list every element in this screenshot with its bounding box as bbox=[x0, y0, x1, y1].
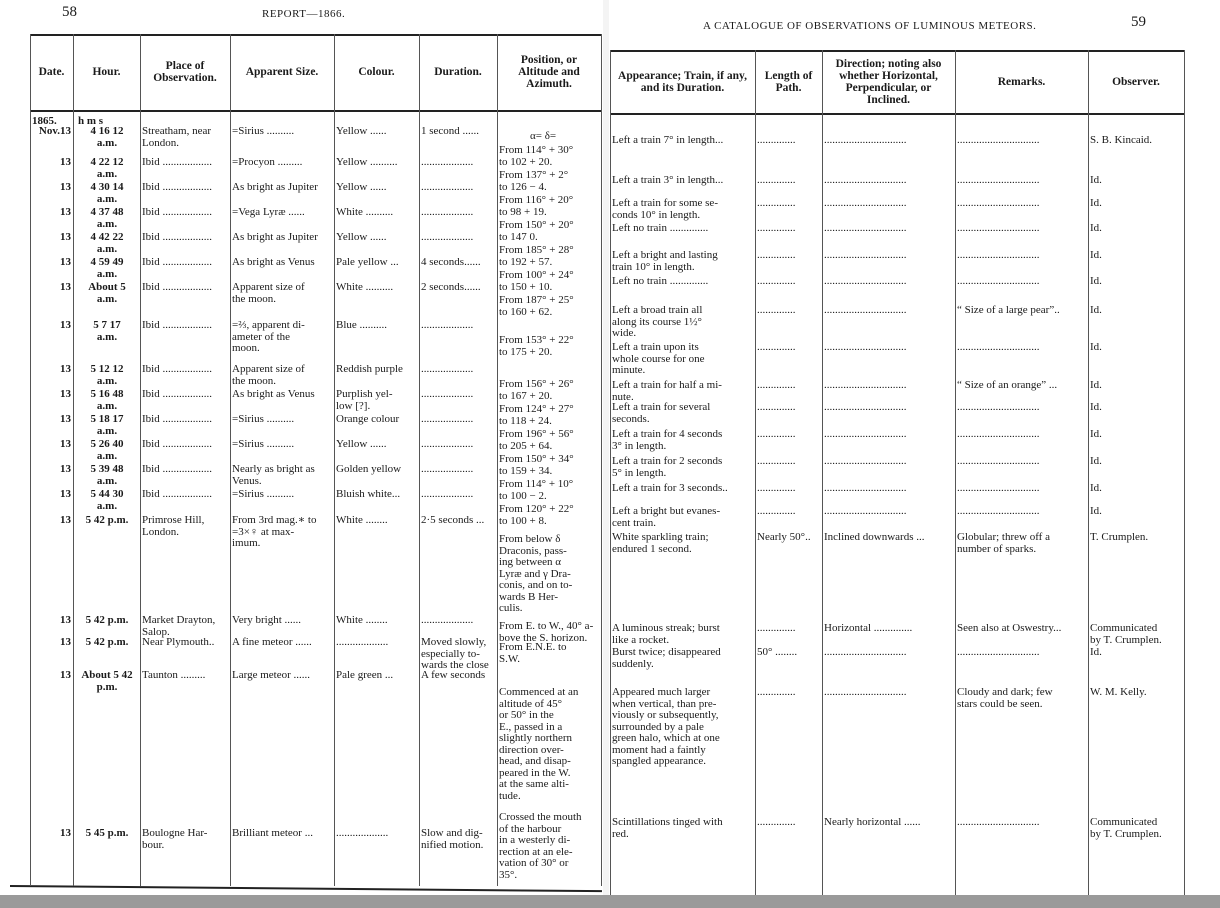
right-running-head: A CATALOGUE OF OBSERVATIONS OF LUMINOUS … bbox=[703, 20, 1036, 32]
cell-observer: Communicated by T. Crumplen. bbox=[1090, 623, 1184, 646]
cell-duration: ................... bbox=[421, 320, 497, 332]
cell-size: As bright as Jupiter bbox=[232, 182, 334, 194]
header-duration: Duration. bbox=[419, 36, 497, 108]
cell-direction: .............................. bbox=[824, 687, 954, 699]
cell-length: .............. bbox=[757, 506, 821, 518]
header-colour: Colour. bbox=[334, 36, 419, 108]
left-page-number: 58 bbox=[62, 4, 77, 21]
right-page-number: 59 bbox=[1131, 14, 1146, 31]
cell-place: Taunton ......... bbox=[142, 670, 229, 682]
cell-date: 13 bbox=[31, 232, 71, 244]
cell-appearance: Burst twice; disappeared suddenly. bbox=[612, 647, 754, 670]
cell-date: 13 bbox=[31, 464, 71, 476]
col-rule bbox=[419, 34, 420, 886]
cell-observer: Id. bbox=[1090, 402, 1184, 414]
cell-observer: Id. bbox=[1090, 276, 1184, 288]
cell-observer: Id. bbox=[1090, 250, 1184, 262]
cell-observer: Id. bbox=[1090, 342, 1184, 354]
cell-length: .............. bbox=[757, 380, 821, 392]
cell-remarks: .............................. bbox=[957, 250, 1087, 262]
cell-place: Ibid .................. bbox=[142, 389, 229, 401]
cell-date: 13 bbox=[31, 670, 71, 682]
cell-remarks: Cloudy and dark; few stars could be seen… bbox=[957, 687, 1087, 710]
cell-duration: 2·5 seconds ... bbox=[421, 515, 497, 527]
cell-hour: 4 30 14 a.m. bbox=[74, 182, 140, 205]
cell-date: 13 bbox=[31, 182, 71, 194]
cell-position: From 137° + 2° to 126 − 4. bbox=[499, 170, 599, 193]
cell-appearance: Left a train 3° in length... bbox=[612, 175, 754, 187]
cell-hour: 4 22 12 a.m. bbox=[74, 157, 140, 180]
cell-length: .............. bbox=[757, 402, 821, 414]
cell-duration: ................... bbox=[421, 207, 497, 219]
cell-direction: .............................. bbox=[824, 380, 954, 392]
header-remarks: Remarks. bbox=[955, 52, 1088, 112]
cell-observer: Id. bbox=[1090, 175, 1184, 187]
cell-appearance: Left no train .............. bbox=[612, 276, 754, 288]
cell-appearance: Left a train for several seconds. bbox=[612, 402, 754, 425]
cell-observer: W. M. Kelly. bbox=[1090, 687, 1184, 699]
cell-place: Ibid .................. bbox=[142, 439, 229, 451]
cell-position: From 150° + 34° to 159 + 34. bbox=[499, 454, 599, 477]
cell-length: .............. bbox=[757, 305, 821, 317]
cell-position: From 114° + 30° to 102 + 20. bbox=[499, 145, 599, 168]
cell-appearance: Left a broad train all along its course … bbox=[612, 305, 754, 340]
cell-colour: ................... bbox=[336, 828, 419, 840]
cell-position: Commenced at an altitude of 45° or 50° i… bbox=[499, 687, 599, 802]
header-hour: Hour. bbox=[73, 36, 140, 108]
cell-direction: .............................. bbox=[824, 223, 954, 235]
col-rule bbox=[1184, 50, 1185, 895]
header-length: Length of Path. bbox=[755, 52, 822, 112]
cell-remarks: .............................. bbox=[957, 483, 1087, 495]
cell-colour: Golden yellow bbox=[336, 464, 419, 476]
col-rule bbox=[610, 50, 611, 895]
cell-size: From 3rd mag.∗ to =3×♀ at max- imum. bbox=[232, 515, 334, 550]
cell-remarks: .............................. bbox=[957, 135, 1087, 147]
cell-direction: .............................. bbox=[824, 276, 954, 288]
cell-date: 13 bbox=[31, 207, 71, 219]
cell-colour: Pale green ... bbox=[336, 670, 419, 682]
cell-colour: Yellow ...... bbox=[336, 182, 419, 194]
cell-size: =Sirius .......... bbox=[232, 126, 334, 138]
cell-date: 13 bbox=[31, 157, 71, 169]
cell-position: From 124° + 27° to 118 + 24. bbox=[499, 404, 599, 427]
cell-direction: .............................. bbox=[824, 198, 954, 210]
cell-size: Large meteor ...... bbox=[232, 670, 334, 682]
cell-length: .............. bbox=[757, 429, 821, 441]
cell-remarks: .............................. bbox=[957, 342, 1087, 354]
header-position: Position, or Altitude and Azimuth. bbox=[497, 36, 601, 108]
cell-colour: White .......... bbox=[336, 282, 419, 294]
cell-remarks: .............................. bbox=[957, 276, 1087, 288]
cell-remarks: Globular; threw off a number of sparks. bbox=[957, 532, 1087, 555]
col-rule bbox=[497, 34, 498, 886]
cell-appearance: Appeared much larger when vertical, than… bbox=[612, 687, 754, 768]
left-header-rule bbox=[30, 110, 602, 112]
cell-duration: 2 seconds...... bbox=[421, 282, 497, 294]
cell-place: Primrose Hill, London. bbox=[142, 515, 229, 538]
cell-size: A fine meteor ...... bbox=[232, 637, 334, 649]
cell-hour: 5 42 p.m. bbox=[74, 515, 140, 527]
header-observer: Observer. bbox=[1088, 52, 1184, 112]
cell-place: Ibid .................. bbox=[142, 282, 229, 294]
cell-hour: 5 16 48 a.m. bbox=[74, 389, 140, 412]
cell-appearance: Left a train for 3 seconds.. bbox=[612, 483, 754, 495]
page-gutter bbox=[603, 0, 609, 895]
cell-date: 13 bbox=[31, 364, 71, 376]
cell-length: .............. bbox=[757, 456, 821, 468]
cell-size: Apparent size of the moon. bbox=[232, 364, 334, 387]
cell-position: From 114° + 10° to 100 − 2. bbox=[499, 479, 599, 502]
cell-duration: Slow and dig- nified motion. bbox=[421, 828, 497, 851]
cell-size: =Sirius .......... bbox=[232, 414, 334, 426]
cell-direction: .............................. bbox=[824, 506, 954, 518]
cell-duration: ................... bbox=[421, 414, 497, 426]
cell-direction: .............................. bbox=[824, 402, 954, 414]
header-place: Place of Observation. bbox=[140, 36, 230, 108]
col-rule bbox=[334, 34, 335, 886]
cell-date: Nov.13 bbox=[31, 126, 71, 138]
col-rule bbox=[140, 34, 141, 886]
cell-date: 13 bbox=[31, 320, 71, 332]
col-rule bbox=[1088, 50, 1089, 895]
cell-duration: Moved slowly, especially to- wards the c… bbox=[421, 637, 497, 672]
cell-observer: Id. bbox=[1090, 198, 1184, 210]
cell-observer: Id. bbox=[1090, 429, 1184, 441]
cell-remarks: .............................. bbox=[957, 223, 1087, 235]
cell-duration: 1 second ...... bbox=[421, 126, 497, 138]
cell-hour: 5 42 p.m. bbox=[74, 637, 140, 649]
cell-colour: White .......... bbox=[336, 207, 419, 219]
cell-place: Market Drayton, Salop. bbox=[142, 615, 229, 638]
cell-place: Boulogne Har- bour. bbox=[142, 828, 229, 851]
cell-place: Ibid .................. bbox=[142, 232, 229, 244]
cell-size: =Sirius .......... bbox=[232, 439, 334, 451]
cell-size: As bright as Venus bbox=[232, 257, 334, 269]
cell-length: .............. bbox=[757, 623, 821, 635]
cell-length: .............. bbox=[757, 135, 821, 147]
cell-direction: .............................. bbox=[824, 135, 954, 147]
cell-colour: Bluish white... bbox=[336, 489, 419, 501]
cell-colour: ................... bbox=[336, 637, 419, 649]
cell-duration: ................... bbox=[421, 232, 497, 244]
cell-length: .............. bbox=[757, 198, 821, 210]
cell-hour: 4 59 49 a.m. bbox=[74, 257, 140, 280]
cell-direction: Horizontal .............. bbox=[824, 623, 954, 635]
cell-appearance: Left a train upon its whole course for o… bbox=[612, 342, 754, 377]
cell-colour: White ........ bbox=[336, 615, 419, 627]
header-size: Apparent Size. bbox=[230, 36, 334, 108]
cell-colour: Yellow .......... bbox=[336, 157, 419, 169]
cell-position: From 156° + 26° to 167 + 20. bbox=[499, 379, 599, 402]
cell-duration: ................... bbox=[421, 182, 497, 194]
cell-colour: Blue .......... bbox=[336, 320, 419, 332]
cell-size: Brilliant meteor ... bbox=[232, 828, 334, 840]
cell-date: 13 bbox=[31, 615, 71, 627]
cell-date: 13 bbox=[31, 257, 71, 269]
cell-place: Ibid .................. bbox=[142, 257, 229, 269]
cell-length: Nearly 50°.. bbox=[757, 532, 821, 544]
cell-direction: Nearly horizontal ...... bbox=[824, 817, 954, 829]
cell-direction: .............................. bbox=[824, 250, 954, 262]
cell-position: From 196° + 56° to 205 + 64. bbox=[499, 429, 599, 452]
cell-direction: .............................. bbox=[824, 456, 954, 468]
cell-remarks: .............................. bbox=[957, 429, 1087, 441]
cell-hour: 5 42 p.m. bbox=[74, 615, 140, 627]
cell-appearance: Scintillations tinged with red. bbox=[612, 817, 754, 840]
cell-remarks: “ Size of an orange” ... bbox=[957, 380, 1087, 392]
cell-direction: .............................. bbox=[824, 305, 954, 317]
cell-observer: Communicated by T. Crumplen. bbox=[1090, 817, 1184, 840]
cell-duration: ................... bbox=[421, 389, 497, 401]
cell-remarks: Seen also at Oswestry... bbox=[957, 623, 1087, 635]
cell-duration: ................... bbox=[421, 157, 497, 169]
cell-place: Ibid .................. bbox=[142, 207, 229, 219]
cell-appearance: Left a bright but evanes- cent train. bbox=[612, 506, 754, 529]
cell-hour: About 5 a.m. bbox=[74, 282, 140, 305]
cell-date: 13 bbox=[31, 389, 71, 401]
cell-observer: Id. bbox=[1090, 483, 1184, 495]
left-table-bottom-rule bbox=[10, 885, 602, 892]
cell-appearance: Left a train 7° in length... bbox=[612, 135, 754, 147]
cell-place: Ibid .................. bbox=[142, 182, 229, 194]
cell-hour: 4 42 22 a.m. bbox=[74, 232, 140, 255]
cell-length: .............. bbox=[757, 342, 821, 354]
cell-observer: T. Crumplen. bbox=[1090, 532, 1184, 544]
header-direction: Direction; noting also whether Horizonta… bbox=[822, 52, 955, 112]
col-rule bbox=[955, 50, 956, 895]
cell-size: =Sirius .......... bbox=[232, 489, 334, 501]
cell-size: =⅔, apparent di- ameter of the moon. bbox=[232, 320, 334, 355]
header-date: Date. bbox=[30, 36, 73, 108]
cell-hour: 5 26 40 a.m. bbox=[74, 439, 140, 462]
cell-remarks: .............................. bbox=[957, 175, 1087, 187]
cell-date: 13 bbox=[31, 282, 71, 294]
right-header-rule bbox=[610, 113, 1184, 115]
cell-colour: Yellow ...... bbox=[336, 126, 419, 138]
cell-size: =Vega Lyræ ...... bbox=[232, 207, 334, 219]
cell-colour: Yellow ...... bbox=[336, 232, 419, 244]
cell-observer: Id. bbox=[1090, 380, 1184, 392]
cell-length: .............. bbox=[757, 483, 821, 495]
cell-position: From 153° + 22° to 175 + 20. bbox=[499, 335, 599, 358]
cell-size: As bright as Jupiter bbox=[232, 232, 334, 244]
cell-duration: A few seconds bbox=[421, 670, 497, 682]
cell-observer: Id. bbox=[1090, 305, 1184, 317]
cell-observer: Id. bbox=[1090, 647, 1184, 659]
cell-hour: 5 18 17 a.m. bbox=[74, 414, 140, 437]
cell-size: =Procyon ......... bbox=[232, 157, 334, 169]
cell-appearance: Left no train .............. bbox=[612, 223, 754, 235]
cell-place: Ibid .................. bbox=[142, 464, 229, 476]
cell-date: 13 bbox=[31, 828, 71, 840]
cell-appearance: Left a train for 2 seconds 5° in length. bbox=[612, 456, 754, 479]
cell-colour: Yellow ...... bbox=[336, 439, 419, 451]
cell-position: From below δ Draconis, pass- ing between… bbox=[499, 534, 599, 615]
cell-size: As bright as Venus bbox=[232, 389, 334, 401]
cell-remarks: .............................. bbox=[957, 456, 1087, 468]
cell-position: From 120° + 22° to 100 + 8. bbox=[499, 504, 599, 527]
scan-edge bbox=[0, 895, 1220, 908]
left-running-head-text: REPORT—1866. bbox=[262, 8, 345, 20]
cell-observer: Id. bbox=[1090, 223, 1184, 235]
cell-date: 13 bbox=[31, 637, 71, 649]
cell-appearance: Left a train for some se- conds 10° in l… bbox=[612, 198, 754, 221]
cell-remarks: “ Size of a large pear”.. bbox=[957, 305, 1087, 317]
cell-length: .............. bbox=[757, 276, 821, 288]
cell-place: Ibid .................. bbox=[142, 320, 229, 332]
cell-duration: ................... bbox=[421, 439, 497, 451]
cell-position: From 187° + 25° to 160 + 62. bbox=[499, 295, 599, 318]
cell-position: From 185° + 28° to 192 + 57. bbox=[499, 245, 599, 268]
cell-appearance: A luminous streak; burst like a rocket. bbox=[612, 623, 754, 646]
cell-length: .............. bbox=[757, 223, 821, 235]
col-rule bbox=[230, 34, 231, 886]
cell-position: From 150° + 20° to 147 0. bbox=[499, 220, 599, 243]
cell-colour: White ........ bbox=[336, 515, 419, 527]
cell-place: Ibid .................. bbox=[142, 489, 229, 501]
cell-hour: 5 7 17 a.m. bbox=[74, 320, 140, 343]
cell-length: .............. bbox=[757, 250, 821, 262]
cell-position: From 100° + 24° to 150 + 10. bbox=[499, 270, 599, 293]
col-rule bbox=[601, 34, 602, 886]
cell-size: Apparent size of the moon. bbox=[232, 282, 334, 305]
cell-position: Crossed the mouth of the harbour in a we… bbox=[499, 812, 599, 881]
cell-hour: 4 16 12 a.m. bbox=[74, 126, 140, 149]
cell-date: 13 bbox=[31, 489, 71, 501]
col-rule bbox=[822, 50, 823, 895]
cell-appearance: White sparkling train; endured 1 second. bbox=[612, 532, 754, 555]
cell-hour: 5 12 12 a.m. bbox=[74, 364, 140, 387]
cell-hour: 5 45 p.m. bbox=[74, 828, 140, 840]
cell-remarks: .............................. bbox=[957, 506, 1087, 518]
cell-date: 13 bbox=[31, 439, 71, 451]
cell-observer: S. B. Kincaid. bbox=[1090, 135, 1184, 147]
left-running-head: REPORT—1866. bbox=[262, 8, 345, 20]
cell-duration: ................... bbox=[421, 615, 497, 627]
cell-date: 13 bbox=[31, 515, 71, 527]
cell-direction: .............................. bbox=[824, 175, 954, 187]
cell-place: Ibid .................. bbox=[142, 157, 229, 169]
cell-hour: About 5 42 p.m. bbox=[74, 670, 140, 693]
cell-direction: .............................. bbox=[824, 429, 954, 441]
cell-direction: .............................. bbox=[824, 647, 954, 659]
cell-direction: .............................. bbox=[824, 342, 954, 354]
cell-observer: Id. bbox=[1090, 456, 1184, 468]
cell-remarks: .............................. bbox=[957, 647, 1087, 659]
cell-length: .............. bbox=[757, 817, 821, 829]
cell-colour: Pale yellow ... bbox=[336, 257, 419, 269]
col-rule bbox=[755, 50, 756, 895]
cell-duration: ................... bbox=[421, 489, 497, 501]
cell-duration: ................... bbox=[421, 464, 497, 476]
cell-place: Near Plymouth.. bbox=[142, 637, 229, 649]
cell-remarks: .............................. bbox=[957, 817, 1087, 829]
cell-observer: Id. bbox=[1090, 506, 1184, 518]
cell-duration: 4 seconds...... bbox=[421, 257, 497, 269]
cell-length: 50° ........ bbox=[757, 647, 821, 659]
cell-hour: 4 37 48 a.m. bbox=[74, 207, 140, 230]
cell-hour: 5 44 30 a.m. bbox=[74, 489, 140, 512]
cell-place: Ibid .................. bbox=[142, 364, 229, 376]
cell-remarks: .............................. bbox=[957, 402, 1087, 414]
header-appearance: Appearance; Train, if any, and its Durat… bbox=[610, 52, 755, 112]
cell-duration: ................... bbox=[421, 364, 497, 376]
cell-direction: Inclined downwards ... bbox=[824, 532, 954, 544]
cell-colour: Orange colour bbox=[336, 414, 419, 426]
cell-position: From 116° + 20° to 98 + 19. bbox=[499, 195, 599, 218]
cell-size: Very bright ...... bbox=[232, 615, 334, 627]
cell-place: Streatham, near London. bbox=[142, 126, 229, 149]
cell-remarks: .............................. bbox=[957, 198, 1087, 210]
cell-length: .............. bbox=[757, 687, 821, 699]
cell-date: 13 bbox=[31, 414, 71, 426]
cell-length: .............. bbox=[757, 175, 821, 187]
cell-appearance: Left a train for 4 seconds 3° in length. bbox=[612, 429, 754, 452]
cell-colour: Purplish yel- low [?]. bbox=[336, 389, 419, 412]
cell-appearance: Left a train for half a mi- nute. bbox=[612, 380, 754, 403]
cell-position: From E.N.E. to S.W. bbox=[499, 642, 599, 665]
cell-size: Nearly as bright as Venus. bbox=[232, 464, 334, 487]
cell-hour: 5 39 48 a.m. bbox=[74, 464, 140, 487]
cell-direction: .............................. bbox=[824, 483, 954, 495]
cell-colour: Reddish purple bbox=[336, 364, 419, 376]
cell-appearance: Left a bright and lasting train 10° in l… bbox=[612, 250, 754, 273]
cell-place: Ibid .................. bbox=[142, 414, 229, 426]
position-subheader: α= δ= bbox=[530, 131, 556, 143]
